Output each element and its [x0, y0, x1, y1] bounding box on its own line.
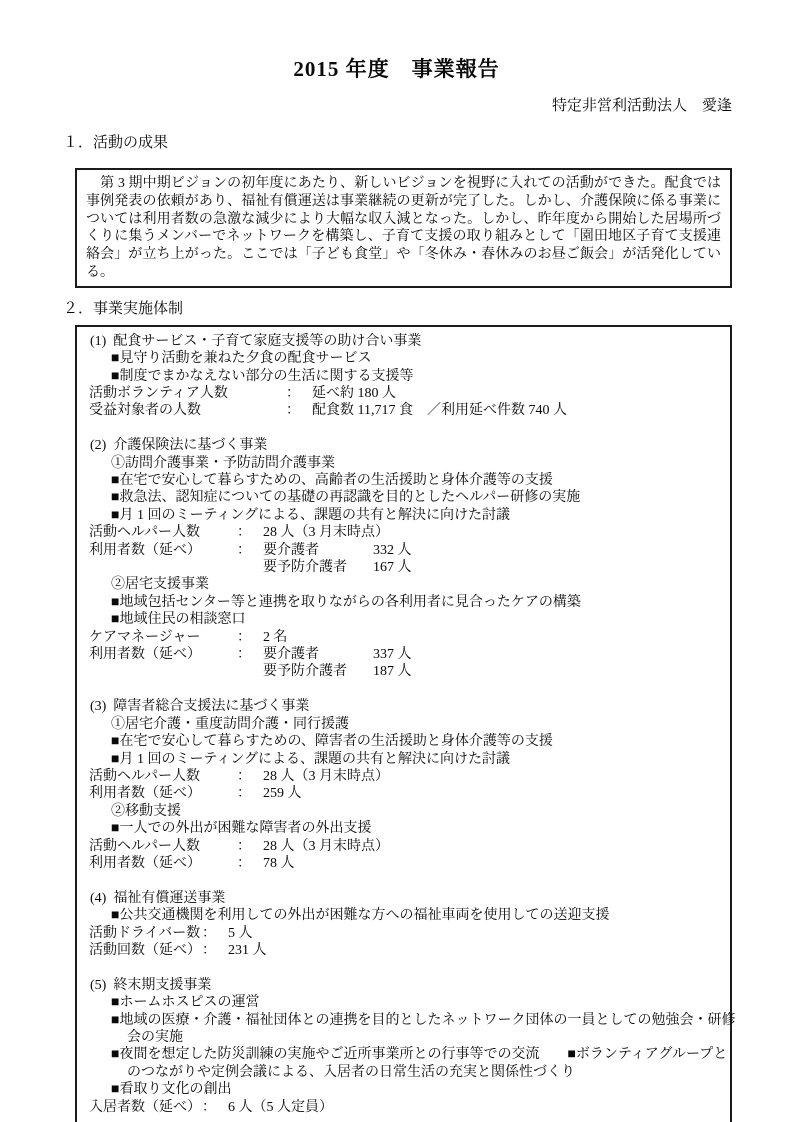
bullet-line: ■見守り活動を兼ねた夕食の配食サービス [87, 350, 720, 367]
activity-results-paragraph: 第 3 期中期ビジョンの初年度にあたり、新しいビジョンを視野に入れての活動ができ… [86, 175, 721, 282]
bullet-line: ■制度でまかなえない部分の生活に関する支援等 [87, 368, 720, 385]
stat-value: 231 人 [228, 942, 267, 959]
bullet-line: ■一人での外出が困難な障害者の外出支援 [87, 820, 720, 837]
subitem-heading: ①居宅介護・重度訪問介護・同行援護 [87, 716, 720, 733]
bullet-line: ■公共交通機関を利用しての外出が困難な方への福祉車両を使用しての送迎支援 [87, 907, 720, 924]
stat-colon: ： [237, 768, 263, 785]
stat-subvalue: 187 人 [373, 664, 412, 679]
stat-sublist: 要介護者332 人要予防介護者167 人 [263, 542, 412, 577]
bullet-line: ■地域住民の相談窓口 [87, 611, 720, 628]
bullet-line: ■地域の医療・介護・福祉団体との連携を目的としたネットワーク団体の一員としての勉… [87, 1012, 720, 1029]
stat-label: 利用者数（延べ） [89, 646, 237, 663]
stat-row: 活動回数（延べ）：231 人 [87, 942, 720, 959]
stat-colon: ： [237, 855, 263, 872]
stat-subvalue: 337 人 [373, 647, 412, 662]
stat-colon: ： [202, 1099, 228, 1116]
stat-label: 活動回数（延べ） [89, 942, 202, 959]
stat-sublist: 要介護者337 人要予防介護者187 人 [263, 646, 412, 681]
item-heading: (4) 福祉有償運送事業 [87, 890, 720, 907]
stat-colon: ： [286, 385, 312, 402]
stat-subrow: 要介護者332 人 [263, 542, 412, 559]
bullet-line: ■月 1 回のミーティングによる、課題の共有と解決に向けた討議 [87, 751, 720, 768]
bullet-line: ■救急法、認知症についての基礎の再認識を目的としたヘルパー研修の実施 [87, 489, 720, 506]
stat-colon: ： [237, 542, 263, 559]
stat-colon: ： [237, 524, 263, 541]
blank-line [87, 872, 720, 889]
stat-value: 配食数 11,717 食 ／利用延べ件数 740 人 [312, 402, 567, 419]
item-heading: (5) 終末期支援事業 [87, 977, 720, 994]
blank-line [87, 420, 720, 437]
stat-sublabel: 要介護者 [263, 646, 373, 663]
stat-label: 活動ドライバー数 [89, 925, 202, 942]
continuation-line: 会の実施 [87, 1029, 720, 1046]
stat-label: 利用者数（延べ） [89, 542, 237, 559]
stat-label: 受益対象者の人数 [89, 402, 286, 419]
bullet-line: ■ホームホスピスの運営 [87, 994, 720, 1011]
stat-value: 28 人（3 月末時点） [263, 768, 389, 785]
stat-label: 活動ヘルパー人数 [89, 524, 237, 541]
stat-value: 259 人 [263, 785, 302, 802]
organization-name: 特定非営利活動法人 愛逢 [0, 97, 732, 116]
section1-heading: １．活動の成果 [63, 134, 793, 153]
bullet-line: ■夜間を想定した防災訓練の実施やご近所事業所との行事等での交流 ■ボランティアグ… [87, 1046, 720, 1063]
bullet-line: ■月 1 回のミーティングによる、課題の共有と解決に向けた討議 [87, 507, 720, 524]
business-structure-box: (1) 配食サービス・子育て家庭支援等の助け合い事業■見守り活動を兼ねた夕食の配… [75, 325, 732, 1122]
stat-colon: ： [202, 942, 228, 959]
blank-line [87, 959, 720, 976]
bullet-line: ■地域包括センター等と連携を取りながらの各利用者に見合ったケアの構築 [87, 594, 720, 611]
stat-subvalue: 332 人 [373, 543, 412, 558]
stat-subvalue: 167 人 [373, 560, 412, 575]
stat-label: 活動ボランティア人数 [89, 385, 286, 402]
activity-results-box: 第 3 期中期ビジョンの初年度にあたり、新しいビジョンを視野に入れての活動ができ… [75, 168, 732, 288]
stat-label: 活動ヘルパー人数 [89, 838, 237, 855]
stat-sublabel: 要予防介護者 [263, 663, 373, 680]
subitem-heading: ①訪問介護事業・予防訪問介護事業 [87, 455, 720, 472]
stat-colon: ： [202, 925, 228, 942]
stat-sublabel: 要予防介護者 [263, 559, 373, 576]
stat-row: 利用者数（延べ）：要介護者337 人要予防介護者187 人 [87, 646, 720, 681]
stat-row: ケアマネージャー：2 名 [87, 629, 720, 646]
stat-value: 28 人（3 月末時点） [263, 838, 389, 855]
stat-row: 活動ヘルパー人数：28 人（3 月末時点） [87, 524, 720, 541]
subitem-heading: ②移動支援 [87, 803, 720, 820]
stat-colon: ： [286, 402, 312, 419]
stat-row: 利用者数（延べ）：78 人 [87, 855, 720, 872]
bullet-line: ■在宅で安心して暮らすための、障害者の生活援助と身体介護等の支援 [87, 733, 720, 750]
stat-label: 利用者数（延べ） [89, 855, 237, 872]
stat-label: ケアマネージャー [89, 629, 237, 646]
stat-value: 6 人（5 人定員） [228, 1099, 333, 1116]
stat-row: 活動ヘルパー人数：28 人（3 月末時点） [87, 768, 720, 785]
stat-value: 78 人 [263, 855, 295, 872]
bullet-line: ■看取り文化の創出 [87, 1081, 720, 1098]
stat-label: 利用者数（延べ） [89, 785, 237, 802]
stat-row: 活動ヘルパー人数：28 人（3 月末時点） [87, 838, 720, 855]
stat-row: 利用者数（延べ）：259 人 [87, 785, 720, 802]
stat-row: 入居者数（延べ）：6 人（5 人定員） [87, 1099, 720, 1116]
report-page: 2015 年度 事業報告 特定非営利活動法人 愛逢 １．活動の成果 第 3 期中… [0, 0, 793, 1122]
stat-value: 28 人（3 月末時点） [263, 524, 389, 541]
stat-subrow: 要予防介護者187 人 [263, 663, 412, 680]
stat-colon: ： [237, 629, 263, 646]
stat-value: 5 人 [228, 925, 253, 942]
stat-colon: ： [237, 785, 263, 802]
stat-subrow: 要介護者337 人 [263, 646, 412, 663]
stat-label: 入居者数（延べ） [89, 1099, 202, 1116]
stat-row: 利用者数（延べ）：要介護者332 人要予防介護者167 人 [87, 542, 720, 577]
stat-label: 活動ヘルパー人数 [89, 768, 237, 785]
stat-subrow: 要予防介護者167 人 [263, 559, 412, 576]
item-heading: (3) 障害者総合支援法に基づく事業 [87, 698, 720, 715]
stat-colon: ： [237, 838, 263, 855]
page-title: 2015 年度 事業報告 [0, 56, 793, 83]
item-heading: (2) 介護保険法に基づく事業 [87, 437, 720, 454]
bullet-line: ■在宅で安心して暮らすための、高齢者の生活援助と身体介護等の支援 [87, 472, 720, 489]
stat-row: 受益対象者の人数：配食数 11,717 食 ／利用延べ件数 740 人 [87, 402, 720, 419]
item-heading: (1) 配食サービス・子育て家庭支援等の助け合い事業 [87, 333, 720, 350]
stat-sublabel: 要介護者 [263, 542, 373, 559]
continuation-line: のつながりや定例会議による、入居者の日常生活の充実と関係性づくり [87, 1064, 720, 1081]
stat-row: 活動ドライバー数：5 人 [87, 925, 720, 942]
stat-value: 2 名 [263, 629, 288, 646]
stat-value: 延べ約 180 人 [312, 385, 396, 402]
stat-row: 活動ボランティア人数：延べ約 180 人 [87, 385, 720, 402]
stat-colon: ： [237, 646, 263, 663]
blank-line [87, 681, 720, 698]
subitem-heading: ②居宅支援事業 [87, 576, 720, 593]
section2-heading: ２．事業実施体制 [63, 300, 793, 319]
